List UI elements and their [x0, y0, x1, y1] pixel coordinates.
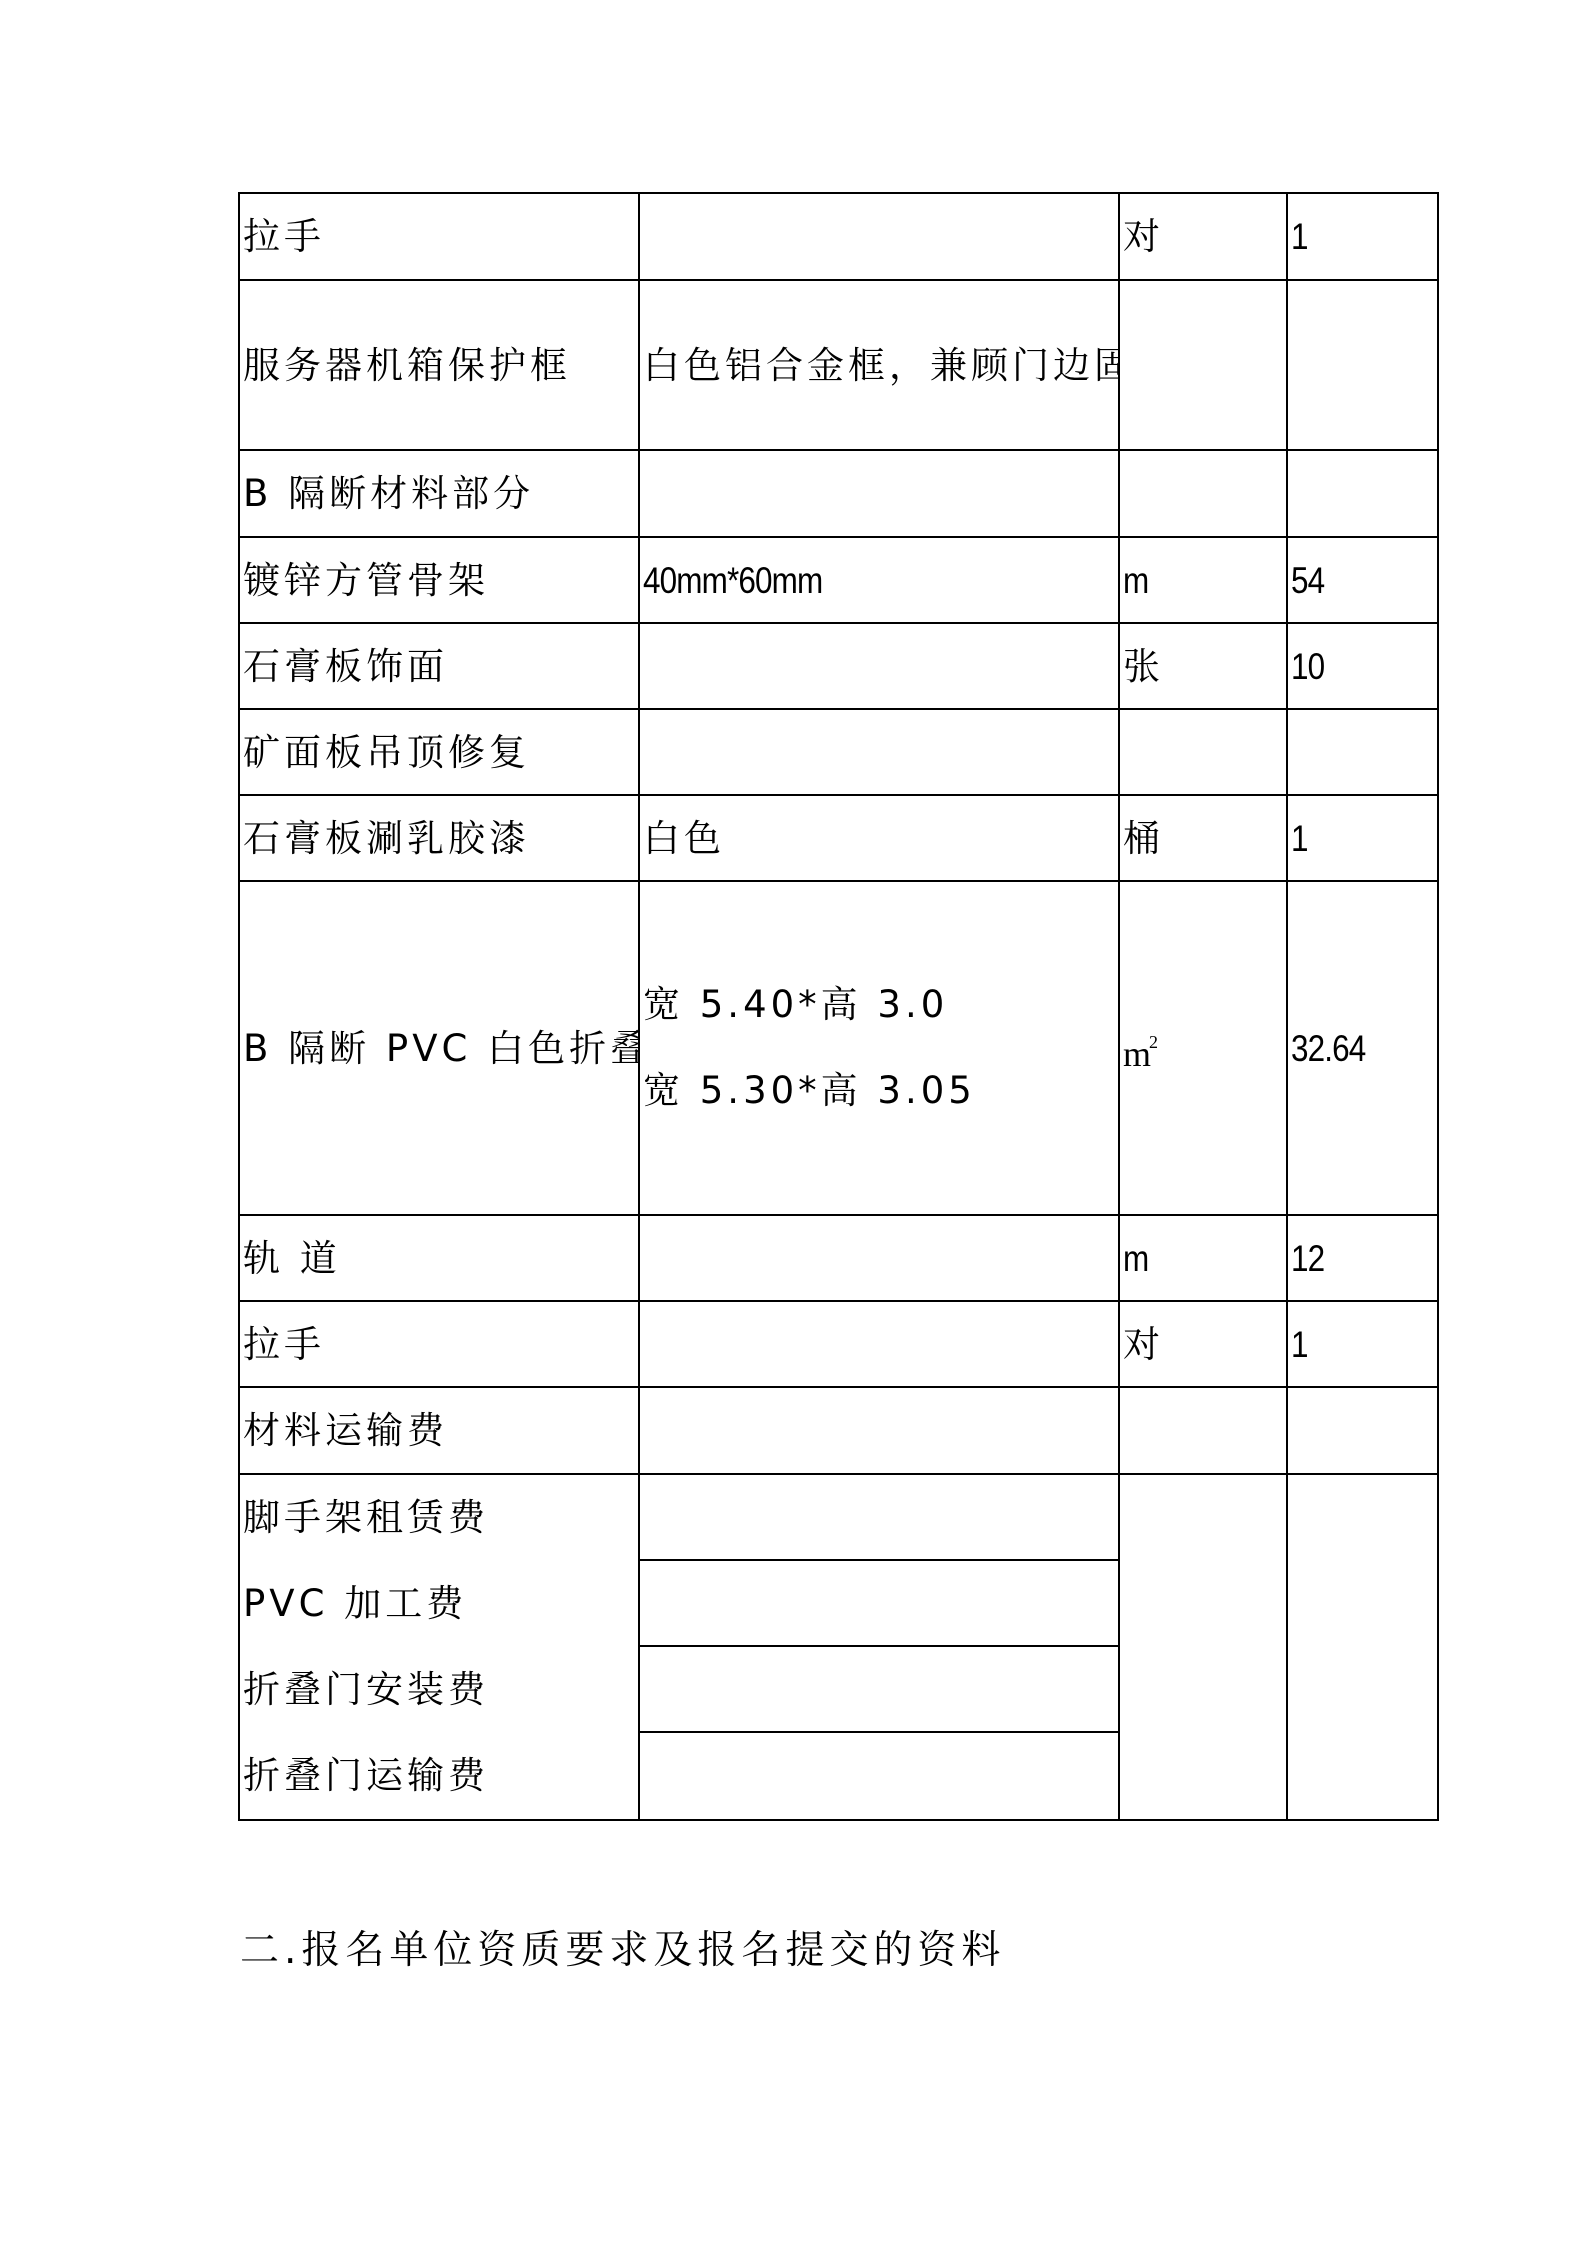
item-qty-cell: 1	[1287, 795, 1438, 881]
spec-line: 宽 5.40*高 3.0	[643, 962, 1118, 1048]
item-unit-cell: 张	[1119, 623, 1287, 709]
item-name-cell: 石膏板涮乳胶漆	[239, 795, 639, 881]
item-qty-cell: 10	[1287, 623, 1438, 709]
qty-value: 10	[1291, 625, 1324, 708]
item-spec-cell	[639, 1301, 1119, 1387]
fee-spec-cell	[639, 1646, 1119, 1732]
fee-name: PVC 加工费	[243, 1561, 638, 1647]
qty-value: 32.64	[1291, 1007, 1365, 1090]
table-row: 轨 道 m 12	[239, 1215, 1438, 1301]
item-name-cell: 矿面板吊顶修复	[239, 709, 639, 795]
item-unit-cell: 桶	[1119, 795, 1287, 881]
square-meter-unit: m2	[1123, 1034, 1158, 1074]
item-spec-cell	[639, 193, 1119, 280]
item-name-cell: 服务器机箱保护框	[239, 280, 639, 450]
item-qty-cell: 32.64	[1287, 881, 1438, 1215]
unit-value: m	[1123, 1217, 1148, 1300]
item-qty-cell: 1	[1287, 193, 1438, 280]
table-row: B 隔断材料部分	[239, 450, 1438, 537]
table-row: 材料运输费	[239, 1387, 1438, 1474]
item-unit-cell: m2	[1119, 881, 1287, 1215]
item-spec-cell: 白色	[639, 795, 1119, 881]
table-row: 拉手 对 1	[239, 1301, 1438, 1387]
item-spec-cell	[639, 1215, 1119, 1301]
table-row: 镀锌方管骨架 40mm*60mm m 54	[239, 537, 1438, 623]
item-unit-cell	[1119, 450, 1287, 537]
table-row: 拉手 对 1	[239, 193, 1438, 280]
item-spec-cell: 宽 5.40*高 3.0 宽 5.30*高 3.05	[639, 881, 1119, 1215]
fee-name: 脚手架租赁费	[243, 1475, 638, 1561]
materials-table: 拉手 对 1 服务器机箱保护框 白色铝合金框，兼顾门边固定用 B 隔断材料部分	[238, 192, 1439, 1821]
item-name-cell: 石膏板饰面	[239, 623, 639, 709]
spec-value: 40mm*60mm	[643, 539, 822, 622]
fee-qty-cell	[1287, 1474, 1438, 1820]
fee-spec-cell	[639, 1732, 1119, 1820]
item-qty-cell: 1	[1287, 1301, 1438, 1387]
item-spec-cell	[639, 1387, 1119, 1474]
item-qty-cell	[1287, 709, 1438, 795]
qty-value: 1	[1291, 195, 1308, 278]
table-row: 石膏板饰面 张 10	[239, 623, 1438, 709]
table-row: 石膏板涮乳胶漆 白色 桶 1	[239, 795, 1438, 881]
item-spec-cell	[639, 709, 1119, 795]
fee-unit-cell	[1119, 1474, 1287, 1820]
item-unit-cell: 对	[1119, 193, 1287, 280]
item-spec-cell: 白色铝合金框，兼顾门边固定用	[639, 280, 1119, 450]
item-qty-cell	[1287, 450, 1438, 537]
item-unit-cell: 对	[1119, 1301, 1287, 1387]
item-qty-cell: 12	[1287, 1215, 1438, 1301]
item-name-cell: 拉手	[239, 1301, 639, 1387]
document-page: 拉手 对 1 服务器机箱保护框 白色铝合金框，兼顾门边固定用 B 隔断材料部分	[0, 0, 1587, 2245]
qty-value: 1	[1291, 1303, 1308, 1386]
spec-line: 宽 5.30*高 3.05	[643, 1048, 1118, 1134]
table-row: 脚手架租赁费 PVC 加工费 折叠门安装费 折叠门运输费	[239, 1474, 1438, 1560]
qty-value: 54	[1291, 539, 1324, 622]
item-qty-cell	[1287, 280, 1438, 450]
item-unit-cell: m	[1119, 1215, 1287, 1301]
item-name-cell: B 隔断 PVC 白色折叠门	[239, 881, 639, 1215]
item-unit-cell	[1119, 280, 1287, 450]
fee-name: 折叠门安装费	[243, 1647, 638, 1733]
item-unit-cell	[1119, 709, 1287, 795]
fee-names-cell: 脚手架租赁费 PVC 加工费 折叠门安装费 折叠门运输费	[239, 1474, 639, 1820]
table-row: B 隔断 PVC 白色折叠门 宽 5.40*高 3.0 宽 5.30*高 3.0…	[239, 881, 1438, 1215]
item-spec-cell	[639, 450, 1119, 537]
item-name-cell: 拉手	[239, 193, 639, 280]
item-name-cell: B 隔断材料部分	[239, 450, 639, 537]
fee-name: 折叠门运输费	[243, 1733, 638, 1819]
qty-value: 1	[1291, 797, 1308, 880]
item-spec-cell: 40mm*60mm	[639, 537, 1119, 623]
table-row: 服务器机箱保护框 白色铝合金框，兼顾门边固定用	[239, 280, 1438, 450]
item-name-cell: 镀锌方管骨架	[239, 537, 639, 623]
item-unit-cell: m	[1119, 537, 1287, 623]
item-name-cell: 材料运输费	[239, 1387, 639, 1474]
item-spec-cell	[639, 623, 1119, 709]
table-row: 矿面板吊顶修复	[239, 709, 1438, 795]
fee-spec-cell	[639, 1474, 1119, 1560]
unit-value: m	[1123, 539, 1148, 622]
item-qty-cell: 54	[1287, 537, 1438, 623]
item-unit-cell	[1119, 1387, 1287, 1474]
fee-spec-cell	[639, 1560, 1119, 1646]
qty-value: 12	[1291, 1217, 1324, 1300]
section-heading: 二.报名单位资质要求及报名提交的资料	[240, 1921, 1005, 1981]
item-qty-cell	[1287, 1387, 1438, 1474]
item-name-cell: 轨 道	[239, 1215, 639, 1301]
